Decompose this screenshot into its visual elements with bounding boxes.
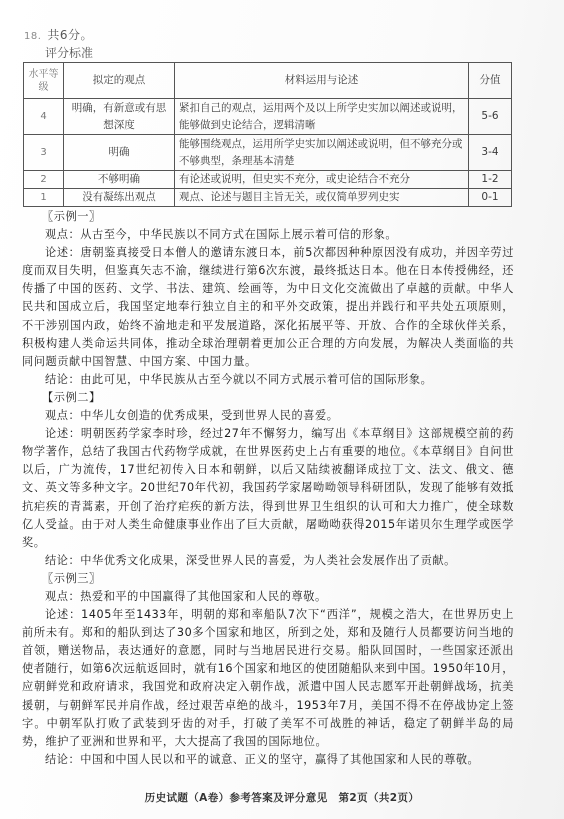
example-argument: 论述：明朝医药学家李时珍，经过27年不懈努力，编写出《本草纲目》这部规模空前的药… [22, 425, 514, 552]
column-header-score: 分值 [469, 63, 512, 99]
example-viewpoint: 观点：从古至今，中华民族以不同方式在国际上展示着可信的形象。 [22, 226, 514, 244]
example-three: 〖示例三〗 观点：热爱和平的中国赢得了其他国家和人民的尊敬。 论述：1405年至… [22, 570, 514, 769]
level-cell: 3 [24, 135, 64, 171]
viewpoint-cell: 没有凝练出观点 [64, 189, 175, 207]
viewpoint-cell: 不够明确 [64, 171, 175, 189]
example-label: 【示例二】 [22, 389, 514, 407]
argument-cell: 紧扣自己的观点，运用两个及以上所学史实加以阐述或说明，能够做到史论结合，逻辑清晰 [175, 99, 469, 135]
page-footer: 历史试题（A卷）参考答案及评分意见 第2页（共2页） [0, 790, 564, 805]
example-label: 〖示例一〗 [22, 208, 514, 226]
table-header-row: 水平等级 拟定的观点 材料运用与论述 分值 [24, 63, 512, 99]
example-two: 【示例二】 观点：中华儿女创造的优秀成果，受到世界人民的喜爱。 论述：明朝医药学… [22, 389, 514, 570]
score-cell: 5-6 [469, 99, 512, 135]
example-conclusion: 结论：由此可见，中华民族从古至今就以不同方式展示着可信的国际形象。 [22, 371, 514, 389]
document-page: 18.共6分。 评分标准 水平等级 拟定的观点 材料运用与论述 分值 4 明确，… [0, 0, 564, 819]
level-cell: 2 [24, 171, 64, 189]
argument-cell: 有论述或说明，但史实不充分，或史论结合不充分 [175, 171, 469, 189]
section-title: 评分标准 [45, 46, 93, 60]
rubric-table: 水平等级 拟定的观点 材料运用与论述 分值 4 明确，有新意或有思想深度 紧扣自… [23, 62, 512, 207]
viewpoint-cell: 明确，有新意或有思想深度 [64, 99, 175, 135]
table-row: 4 明确，有新意或有思想深度 紧扣自己的观点，运用两个及以上所学史实加以阐述或说… [24, 99, 512, 135]
example-conclusion: 结论：中国和中国人民以和平的诚意、正义的坚守，赢得了其他国家和人民的尊敬。 [22, 751, 514, 769]
example-label: 〖示例三〗 [22, 570, 514, 588]
level-cell: 4 [24, 99, 64, 135]
question-number: 18. [24, 31, 41, 42]
score-cell: 1-2 [469, 171, 512, 189]
argument-cell: 观点、论述与题目主旨无关，或仅简单罗列史实 [175, 189, 469, 207]
answer-examples: 〖示例一〗 观点：从古至今，中华民族以不同方式在国际上展示着可信的形象。 论述：… [22, 208, 514, 769]
column-header-viewpoint: 拟定的观点 [64, 63, 175, 99]
argument-cell: 能够围绕观点，运用所学史实加以阐述或说明，但不够充分或不够典型，条理基本清楚 [175, 135, 469, 171]
example-viewpoint: 观点：热爱和平的中国赢得了其他国家和人民的尊敬。 [22, 588, 514, 606]
example-viewpoint: 观点：中华儿女创造的优秀成果，受到世界人民的喜爱。 [22, 407, 514, 425]
score-cell: 0-1 [469, 189, 512, 207]
example-argument: 论述：唐朝鉴真接受日本僧人的邀请东渡日本，前5次都因种种原因没有成功，并因辛劳过… [22, 244, 514, 371]
table-row: 1 没有凝练出观点 观点、论述与题目主旨无关，或仅简单罗列史实 0-1 [24, 189, 512, 207]
table-row: 3 明确 能够围绕观点，运用所学史实加以阐述或说明，但不够充分或不够典型，条理基… [24, 135, 512, 171]
question-total-score: 共6分。 [47, 28, 93, 42]
example-argument: 论述：1405年至1433年，明朝的郑和率船队7次下“西洋”，规模之浩大，在世界… [22, 606, 514, 751]
column-header-argument: 材料运用与论述 [175, 63, 469, 99]
table-row: 2 不够明确 有论述或说明，但史实不充分，或史论结合不充分 1-2 [24, 171, 512, 189]
example-one: 〖示例一〗 观点：从古至今，中华民族以不同方式在国际上展示着可信的形象。 论述：… [22, 208, 514, 389]
example-conclusion: 结论：中华优秀文化成果，深受世界人民的喜爱，为人类社会发展作出了贡献。 [22, 552, 514, 570]
viewpoint-cell: 明确 [64, 135, 175, 171]
column-header-level: 水平等级 [24, 63, 64, 99]
level-cell: 1 [24, 189, 64, 207]
score-cell: 3-4 [469, 135, 512, 171]
question-heading: 18.共6分。 [24, 28, 93, 44]
